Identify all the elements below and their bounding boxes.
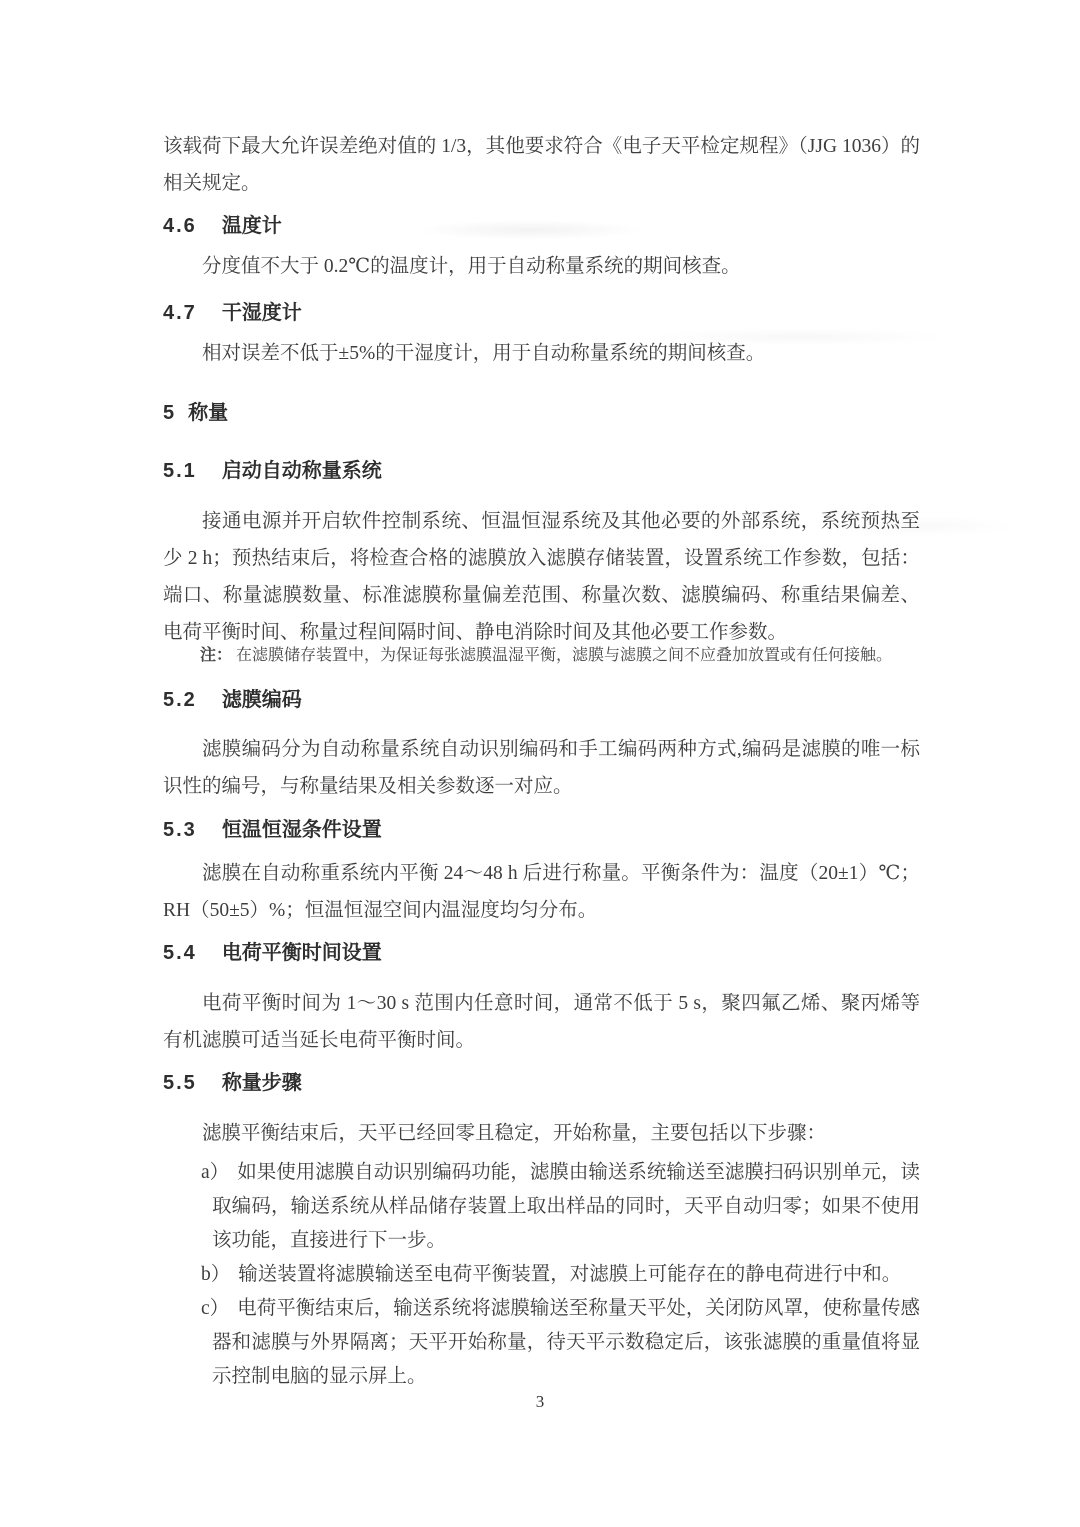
paragraph-membrane-coding: 滤膜编码分为自动称量系统自动识别编码和手工编码两种方式,编码是滤膜的唯一标识性的… — [163, 731, 920, 805]
section-number: 5.4 — [163, 940, 197, 966]
section-number: 5.5 — [163, 1070, 197, 1096]
section-number: 5.1 — [163, 458, 197, 484]
page-number: 3 — [0, 1392, 1080, 1412]
paragraph-climate-conditions: 滤膜在自动称重系统内平衡 24～48 h 后进行称量。平衡条件为：温度（20±1… — [163, 855, 920, 929]
section-number: 4.7 — [163, 300, 197, 326]
item-text: 如果使用滤膜自动识别编码功能，滤膜由输送系统输送至滤膜扫码识别单元，读取编码，输… — [212, 1162, 920, 1251]
paragraph-continuation: 该载荷下最大允许误差绝对值的 1/3，其他要求符合《电子天平检定规程》（JJG … — [163, 128, 920, 202]
heading-5-2: 5.2滤膜编码 — [163, 687, 920, 713]
chapter-title: 称量 — [188, 402, 228, 424]
document-page: 该载荷下最大允许误差绝对值的 1/3，其他要求符合《电子天平检定规程》（JJG … — [0, 0, 1080, 1527]
section-title: 恒温恒湿条件设置 — [222, 819, 382, 841]
section-title: 温度计 — [222, 215, 282, 237]
item-text: 输送装置将滤膜输送至电荷平衡装置，对滤膜上可能存在的静电荷进行中和。 — [238, 1264, 901, 1285]
step-list: a）如果使用滤膜自动识别编码功能，滤膜由输送系统输送至滤膜扫码识别单元，读取编码… — [163, 1156, 920, 1394]
heading-5-4: 5.4电荷平衡时间设置 — [163, 940, 920, 966]
list-item-c: c）电荷平衡结束后，输送系统将滤膜输送至称量天平处，关闭防风罩，使称量传感器和滤… — [163, 1292, 920, 1394]
paragraph-thermometer: 分度值不大于 0.2℃的温度计，用于自动称量系统的期间核查。 — [163, 248, 920, 285]
item-label: b） — [201, 1264, 230, 1285]
section-title: 滤膜编码 — [222, 689, 302, 711]
note-text: 在滤膜储存装置中，为保证每张滤膜温湿平衡，滤膜与滤膜之间不应叠加放置或有任何接触… — [236, 647, 892, 664]
section-number: 5.3 — [163, 817, 197, 843]
item-label: a） — [201, 1162, 229, 1183]
section-number: 5.2 — [163, 687, 197, 713]
heading-5-1: 5.1启动自动称量系统 — [163, 458, 920, 484]
heading-5: 5称量 — [163, 400, 920, 426]
section-title: 称量步骤 — [222, 1072, 302, 1094]
paragraph-startup: 接通电源并开启软件控制系统、恒温恒湿系统及其他必要的外部系统，系统预热至少 2 … — [163, 503, 920, 651]
paragraph-hygrometer: 相对误差不低于±5%的干湿度计，用于自动称量系统的期间核查。 — [163, 335, 920, 372]
chapter-number: 5 — [163, 400, 174, 426]
note-label: 注： — [200, 647, 232, 664]
section-title: 启动自动称量系统 — [222, 460, 382, 482]
section-title: 电荷平衡时间设置 — [222, 942, 382, 964]
heading-4-6: 4.6温度计 — [163, 213, 920, 239]
paragraph-charge-balance-time: 电荷平衡时间为 1～30 s 范围内任意时间，通常不低于 5 s，聚四氟乙烯、聚… — [163, 985, 920, 1059]
item-label: c） — [201, 1298, 229, 1319]
paragraph-weighing-steps-intro: 滤膜平衡结束后，天平已经回零且稳定，开始称量，主要包括以下步骤： — [163, 1115, 920, 1152]
heading-4-7: 4.7干湿度计 — [163, 300, 920, 326]
section-number: 4.6 — [163, 213, 197, 239]
heading-5-5: 5.5称量步骤 — [163, 1070, 920, 1096]
heading-5-3: 5.3恒温恒湿条件设置 — [163, 817, 920, 843]
section-title: 干湿度计 — [222, 302, 302, 324]
note-line: 注：在滤膜储存装置中，为保证每张滤膜温湿平衡，滤膜与滤膜之间不应叠加放置或有任何… — [163, 643, 957, 669]
list-item-a: a）如果使用滤膜自动识别编码功能，滤膜由输送系统输送至滤膜扫码识别单元，读取编码… — [163, 1156, 920, 1258]
item-text: 电荷平衡结束后，输送系统将滤膜输送至称量天平处，关闭防风罩，使称量传感器和滤膜与… — [212, 1298, 920, 1387]
list-item-b: b）输送装置将滤膜输送至电荷平衡装置，对滤膜上可能存在的静电荷进行中和。 — [163, 1258, 920, 1292]
